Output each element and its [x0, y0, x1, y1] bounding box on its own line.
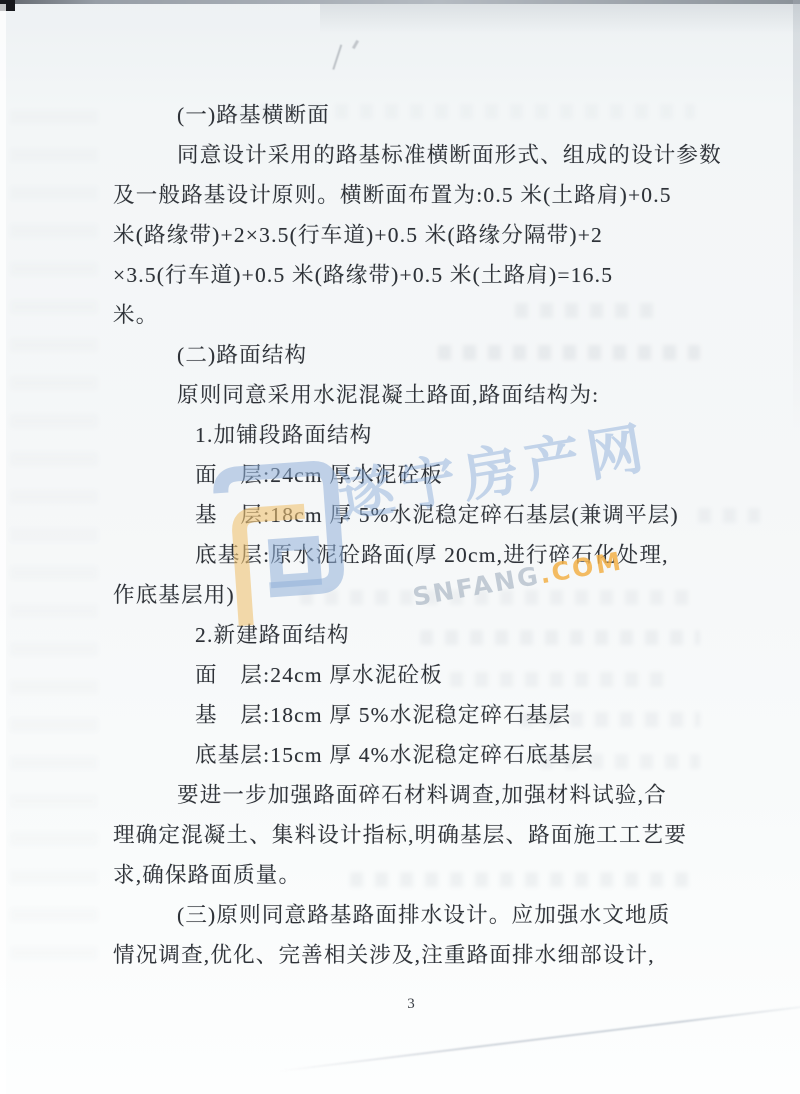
fold-crease — [280, 1004, 800, 1071]
text-line: (一)路基横断面 — [113, 95, 733, 135]
text-line: 基 层:18cm 厚 5%水泥稳定碎石基层(兼调平层) — [113, 495, 733, 535]
text-line: 1.加铺段路面结构 — [113, 415, 733, 455]
text-line: 2.新建路面结构 — [113, 615, 733, 655]
paper-right-edge-shadow — [793, 0, 800, 430]
text-line: 及一般路基设计原则。横断面布置为:0.5 米(土路肩)+0.5 — [113, 175, 733, 215]
scanned-document-page: (一)路基横断面同意设计采用的路基标准横断面形式、组成的设计参数及一般路基设计原… — [0, 0, 800, 1094]
paper-left-edge — [0, 4, 6, 1094]
text-line: 理确定混凝土、集料设计指标,明确基层、路面施工工艺要 — [113, 815, 733, 855]
text-line: 基 层:18cm 厚 5%水泥稳定碎石基层 — [113, 695, 733, 735]
stray-pen-mark — [332, 44, 353, 73]
text-line: 同意设计采用的路基标准横断面形式、组成的设计参数 — [113, 135, 733, 175]
text-line: 情况调查,优化、完善相关涉及,注重路面排水细部设计, — [113, 935, 733, 975]
text-line: 底基层:原水泥砼路面(厚 20cm,进行碎石化处理, — [113, 535, 733, 575]
text-line: ×3.5(行车道)+0.5 米(路缘带)+0.5 米(土路肩)=16.5 — [113, 255, 733, 295]
text-line: 面 层:24cm 厚水泥砼板 — [113, 655, 733, 695]
bleed-through-column — [10, 110, 98, 960]
scan-top-shadow — [320, 4, 800, 34]
text-line: 原则同意采用水泥混凝土路面,路面结构为: — [113, 375, 733, 415]
text-line: 米。 — [113, 295, 733, 335]
text-line: 作底基层用) — [113, 575, 733, 615]
stray-pen-dot — [352, 40, 359, 49]
text-line: (三)原则同意路基路面排水设计。应加强水文地质 — [113, 895, 733, 935]
text-line: 求,确保路面质量。 — [113, 855, 733, 895]
page-number: 3 — [22, 996, 800, 1013]
text-line: (二)路面结构 — [113, 335, 733, 375]
text-line: 米(路缘带)+2×3.5(行车道)+0.5 米(路缘分隔带)+2 — [113, 215, 733, 255]
text-line: 面 层:24cm 厚水泥砼板 — [113, 455, 733, 495]
document-body: (一)路基横断面同意设计采用的路基标准横断面形式、组成的设计参数及一般路基设计原… — [113, 95, 733, 975]
text-line: 要进一步加强路面碎石材料调查,加强材料试验,合 — [113, 775, 733, 815]
text-line: 底基层:15cm 厚 4%水泥稳定碎石底基层 — [113, 735, 733, 775]
